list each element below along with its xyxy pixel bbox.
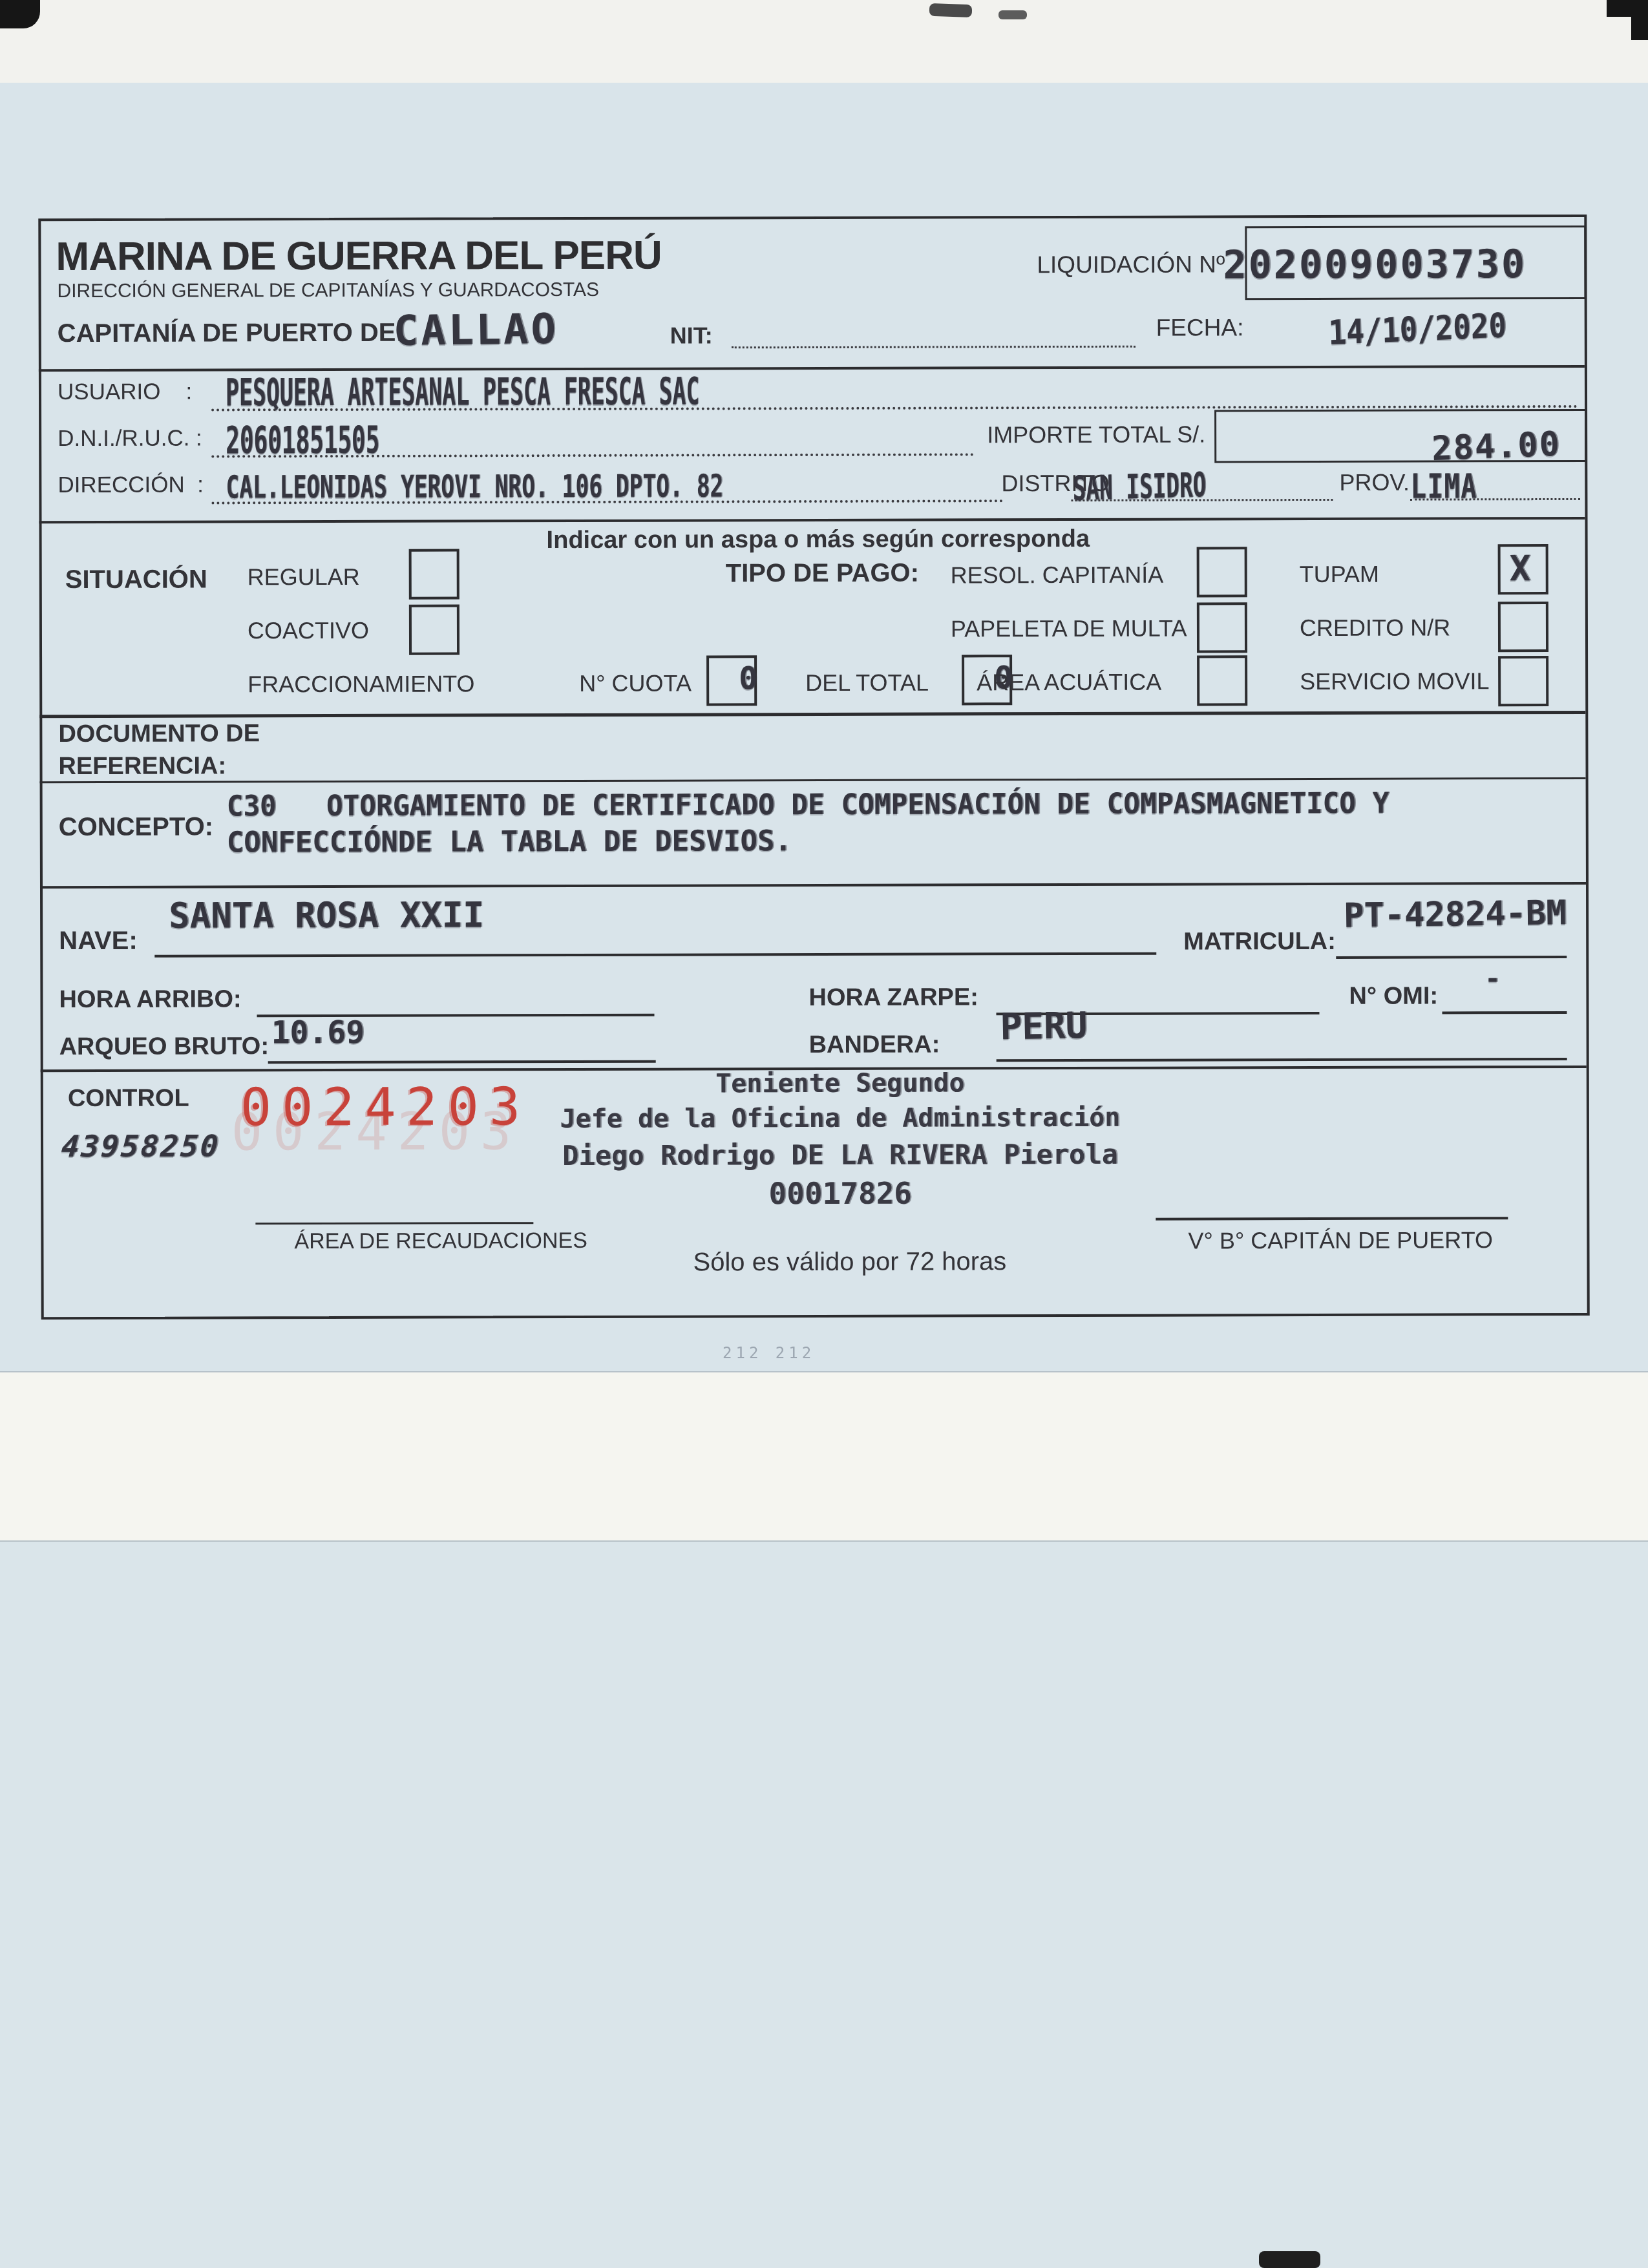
concepto-line2-stamp: CONFECCIÓNDE LA TABLA DE DESVIOS. <box>227 827 792 857</box>
org-subtitle: DIRECCIÓN GENERAL DE CAPITANÍAS Y GUARDA… <box>58 280 600 302</box>
fecha-value-stamp: 14/10/2020 <box>1328 309 1507 350</box>
resol-capitania-checkbox <box>1197 547 1247 597</box>
importe-value-stamp: 284.00 <box>1431 428 1561 466</box>
arqueo-label: ARQUEO BRUTO: <box>59 1034 269 1060</box>
direccion-value-stamp: CAL.LEONIDAS YEROVI NRO. 106 DPTO. 82 <box>226 470 723 503</box>
bandera-label: BANDERA: <box>809 1033 940 1058</box>
usuario-value-stamp: PESQUERA ARTESANAL PESCA FRESCA SAC <box>226 373 699 412</box>
dni-value-stamp: 20601851505 <box>226 421 379 459</box>
signature-id: 00017826 <box>549 1173 1131 1215</box>
nit-label: NIT: <box>670 323 713 348</box>
usuario-label: USUARIO : <box>58 381 192 404</box>
bandera-value-stamp: PERU <box>1000 1008 1088 1045</box>
concepto-label: CONCEPTO: <box>59 813 213 841</box>
fecha-label: FECHA: <box>1156 315 1244 341</box>
resol-capitania-label: RESOL. CAPITANÍA <box>951 563 1164 588</box>
omi-label: N° OMI: <box>1349 984 1438 1010</box>
area-acuatica-checkbox <box>1197 655 1247 706</box>
signature-rank: Teniente Segundo <box>549 1066 1131 1102</box>
prov-value-stamp: LIMA <box>1410 470 1477 503</box>
arqueo-value-stamp: 10.69 <box>271 1017 365 1048</box>
matricula-value-stamp: PT-42824-BM <box>1344 896 1567 933</box>
tipo-pago-label: TIPO DE PAGO: <box>726 560 919 587</box>
omi-value-stamp: - <box>1484 966 1500 992</box>
prov-label: PROV. <box>1339 470 1410 495</box>
referencia-label-line2: REFERENCIA: <box>58 753 226 780</box>
papeleta-label: PAPELETA DE MULTA <box>951 616 1187 642</box>
control-serial-stamp: 43958250 <box>60 1131 221 1161</box>
referencia-label-line1: DOCUMENTO DE <box>58 721 260 748</box>
control-label: CONTROL <box>68 1086 189 1112</box>
vobo-label: V° B° CAPITÁN DE PUERTO <box>1188 1228 1493 1253</box>
fraccionamiento-label: FRACCIONAMIENTO <box>248 671 474 697</box>
signature-position: Jefe de la Oficina de Administración <box>549 1100 1131 1137</box>
liquidacion-label: LIQUIDACIÓN Nº <box>1037 252 1225 278</box>
receipt-form: MARINA DE GUERRA DEL PERÚ DIRECCIÓN GENE… <box>0 0 1648 2268</box>
aspa-instruction: Indicar con un aspa o más según correspo… <box>547 527 1090 554</box>
matricula-label: MATRICULA: <box>1183 929 1336 956</box>
port-value-stamp: CALLAO <box>393 309 558 352</box>
coactivo-label: COACTIVO <box>248 618 369 643</box>
importe-label: IMPORTE TOTAL S/. <box>987 422 1205 447</box>
control-number-stamp: 0024203 <box>240 1081 531 1133</box>
tupam-x-mark: X <box>1510 551 1531 586</box>
regular-label: REGULAR <box>248 565 360 589</box>
nave-label: NAVE: <box>59 927 138 954</box>
recaudaciones-label: ÁREA DE RECAUDACIONES <box>294 1230 587 1254</box>
n-cuota-value-stamp: 0 <box>739 663 757 694</box>
nave-value-stamp: SANTA ROSA XXII <box>169 898 484 933</box>
validity-note: Sólo es válido por 72 horas <box>693 1248 1006 1276</box>
servicio-movil-checkbox <box>1498 656 1548 706</box>
servicio-movil-label: SERVICIO MOVIL <box>1300 669 1490 694</box>
credito-checkbox <box>1498 602 1548 652</box>
area-acuatica-label: ÁREA ACUÁTICA <box>977 670 1161 695</box>
del-total-label: DEL TOTAL <box>805 671 929 695</box>
signature-name: Diego Rodrigo DE LA RIVERA Pierola <box>549 1136 1131 1174</box>
port-label: CAPITANÍA DE PUERTO DE: <box>58 319 405 347</box>
direccion-label: DIRECCIÓN : <box>58 474 204 498</box>
hora-arribo-label: HORA ARRIBO: <box>59 987 241 1013</box>
hora-zarpe-label: HORA ZARPE: <box>808 985 978 1011</box>
org-title: MARINA DE GUERRA DEL PERÚ <box>56 235 661 278</box>
regular-checkbox <box>409 549 460 599</box>
signature-block: Teniente Segundo Jefe de la Oficina de A… <box>549 1066 1132 1215</box>
distrito-value-stamp: SAN ISIDRO <box>1072 468 1206 506</box>
tupam-label: TUPAM <box>1300 562 1379 587</box>
scanned-receipt-page: 212 212 MARINA DE GUERRA DEL PERÚ DIRECC… <box>0 0 1648 2268</box>
situacion-title: SITUACIÓN <box>65 565 207 593</box>
dni-label: D.N.I./R.U.C. : <box>58 427 202 451</box>
liquidacion-number: 202009003730 <box>1223 245 1527 284</box>
papeleta-checkbox <box>1197 602 1247 653</box>
credito-label: CREDITO N/R <box>1300 615 1450 640</box>
coactivo-checkbox <box>409 604 460 655</box>
n-cuota-label: N° CUOTA <box>579 671 692 696</box>
concepto-line1-stamp: C30 OTORGAMIENTO DE CERTIFICADO DE COMPE… <box>227 790 1389 821</box>
omi-line <box>1442 1011 1567 1014</box>
